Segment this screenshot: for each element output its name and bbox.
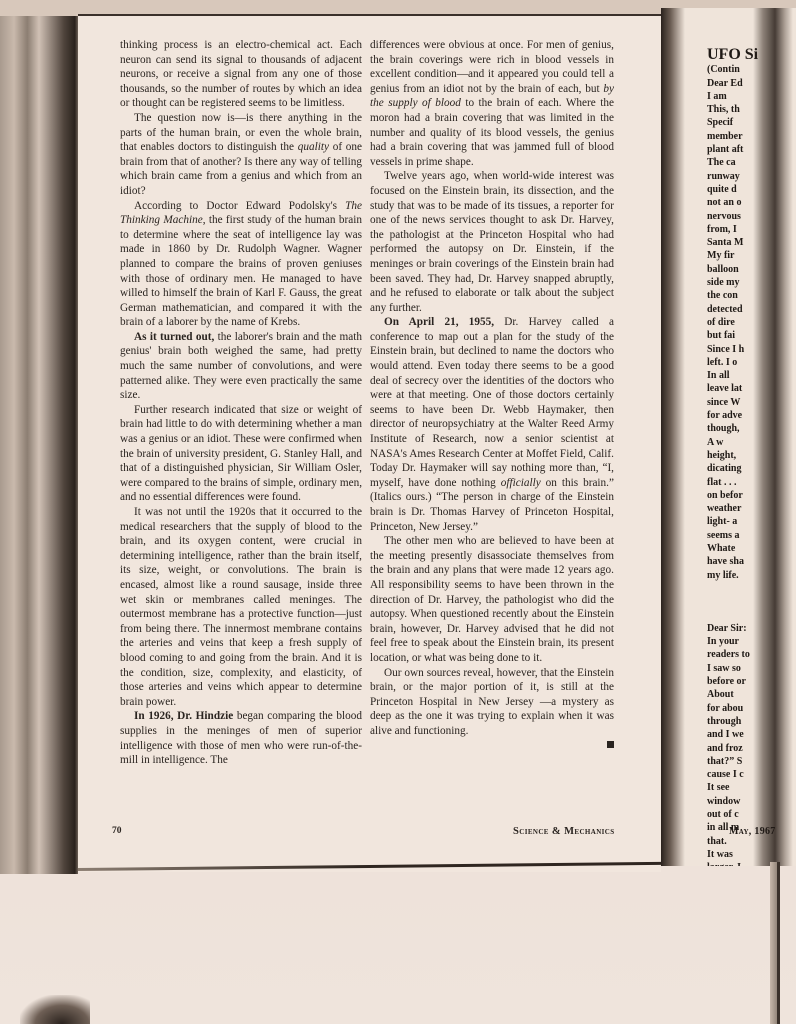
paragraph: thinking process is an electro-chemical … <box>120 38 362 111</box>
paragraph: According to Doctor Edward Podolsky's Th… <box>120 199 362 330</box>
paragraph: In 1926, Dr. Hindzie began comparing the… <box>120 709 362 767</box>
text-run: differences were obvious at once. For me… <box>370 39 614 95</box>
book-spine-shadow <box>753 8 793 866</box>
text-run: Twelve years ago, when world-wide in­ter… <box>370 170 614 313</box>
end-of-article-square-icon <box>607 741 614 748</box>
paragraph: Further research indicated that size or … <box>120 403 362 505</box>
bold-lead-in: As it turned out, <box>134 331 214 343</box>
page-edge-shadow <box>661 8 685 866</box>
text-run: Dr. Harvey called a conference to map ou… <box>370 316 614 489</box>
book-gutter-shadow <box>0 16 78 874</box>
article-column-left: thinking process is an electro-chemical … <box>120 38 362 768</box>
publication-name: Science & Mechanics <box>513 826 615 837</box>
page-stack-edge-line <box>777 862 780 1024</box>
paragraph: It was not until the 1920s that it occur… <box>120 505 362 709</box>
italic-emphasis: quality <box>298 141 329 153</box>
text-run: The other men who are believed to have b… <box>370 535 614 664</box>
issue-date: May, 1967 <box>729 826 776 837</box>
paragraph: The question now is—is there anything in… <box>120 111 362 199</box>
paragraph: Our own sources reveal, however, that th… <box>370 666 614 739</box>
text-run: It was not until the 1920s that it occur… <box>120 506 362 708</box>
italic-emphasis: officially <box>501 477 541 489</box>
paragraph: As it turned out, the laborer's brain an… <box>120 330 362 403</box>
text-run: According to Doctor Edward Podolsky's <box>134 200 345 212</box>
paragraph: differences were obvious at once. For me… <box>370 38 614 169</box>
paragraph: The other men who are believed to have b… <box>370 534 614 665</box>
paragraph: Twelve years ago, when world-wide in­ter… <box>370 169 614 315</box>
paragraph: On April 21, 1955, Dr. Harvey called a c… <box>370 315 614 534</box>
text-run: Further research indicated that size or … <box>120 404 362 504</box>
text-run: thinking process is an electro-chemical … <box>120 39 362 109</box>
page-number: 70 <box>112 826 122 836</box>
text-run: , the first study of the human brain to … <box>120 214 362 328</box>
end-mark <box>370 739 614 751</box>
magazine-page-right-partial: UFO Si (ContinDear EdI amThis, thSpecifm… <box>661 8 796 866</box>
bold-lead-in: On April 21, 1955, <box>384 316 494 328</box>
bold-lead-in: In 1926, Dr. Hindzie <box>134 710 233 722</box>
gutter-shadow-foot <box>20 995 90 1024</box>
article-column-right: differences were obvious at once. For me… <box>370 38 614 751</box>
text-run: Our own sources reveal, however, that th… <box>370 667 614 737</box>
